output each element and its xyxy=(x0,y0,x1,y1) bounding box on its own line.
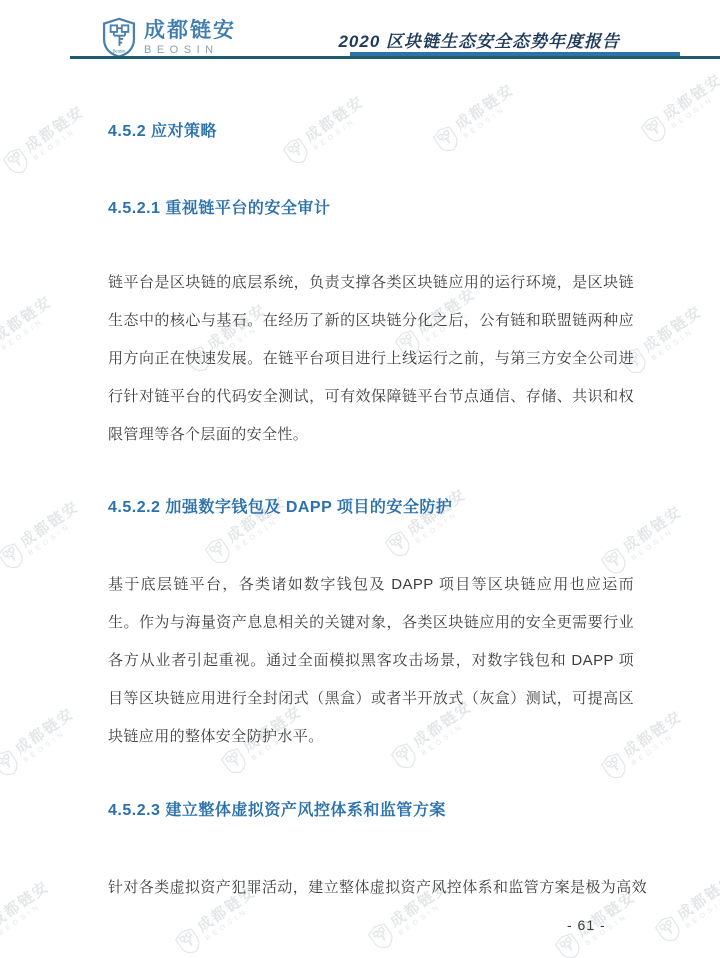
logo-reflection: 成都链安 BEOSIN xyxy=(100,61,260,83)
logo-name-english: BEOSIN xyxy=(144,45,236,56)
page-number: - 61 - xyxy=(567,917,606,933)
section-heading-4-5-2-2: 4.5.2.2 加强数字钱包及 DAPP 项目的安全防护 xyxy=(108,498,452,517)
document-content: 4.5.2 应对策略 4.5.2.1 重视链平台的安全审计 链平台是区块链的底层… xyxy=(0,0,720,958)
report-page: 成都链安 BEOSIN 成都链安 BEOSIN 成都链安 xyxy=(0,0,720,958)
paragraph-platform-audit: 链平台是区块链的底层系统，负责支撑各类区块链应用的运行环境，是区块链生态中的核心… xyxy=(108,264,634,454)
title-reflection: 2020 区块链生态安全态势年度报告 xyxy=(280,61,620,75)
section-heading-4-5-2: 4.5.2 应对策略 xyxy=(108,122,217,141)
logo-name-chinese: 成都链安 xyxy=(144,20,236,41)
header-rule-line xyxy=(70,56,720,59)
page-header: Beosin 成都链安 BEOSIN 2020 区块链生态安全态势年度报告 成都… xyxy=(0,0,720,82)
company-logo: Beosin 成都链安 BEOSIN xyxy=(100,17,236,58)
section-heading-4-5-2-3: 4.5.2.3 建立整体虚拟资产风控体系和监管方案 xyxy=(108,801,446,820)
beosin-shield-logo-icon: Beosin xyxy=(100,17,138,58)
svg-text:Beosin: Beosin xyxy=(113,48,126,53)
report-title: 2020 区块链生态安全态势年度报告 xyxy=(338,27,620,52)
section-heading-4-5-2-1: 4.5.2.1 重视链平台的安全审计 xyxy=(108,199,330,218)
paragraph-risk-control: 针对各类虚拟资产犯罪活动，建立整体虚拟资产风控体系和监管方案是极为高效 xyxy=(108,869,653,907)
paragraph-wallet-dapp-protection: 基于底层链平台，各类诸如数字钱包及 DAPP 项目等区块链应用也应运而生。作为与… xyxy=(108,566,634,756)
